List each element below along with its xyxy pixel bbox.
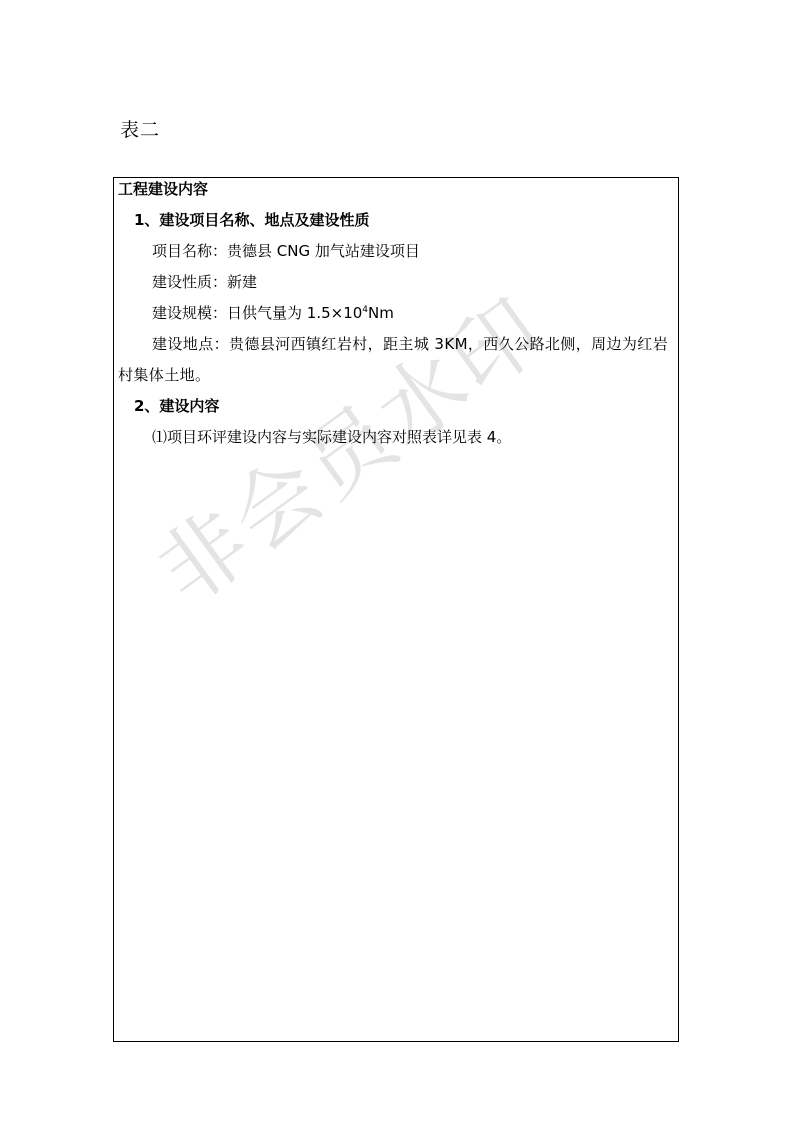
project-name-value: 贵德县 CNG 加气站建设项目 (227, 242, 420, 260)
section-2-title: 2、建设内容 (118, 391, 674, 422)
construction-scale-row: 建设规模：日供气量为 1.5×104Nm (118, 298, 674, 329)
section-2-item-1: ⑴项目环评建设内容与实际建设内容对照表详见表 4。 (118, 422, 674, 453)
construction-location-row: 建设地点：贵德县河西镇红岩村，距主城 3KM，西久公路北侧，周边为红岩村集体土地… (118, 329, 674, 391)
construction-scale-label: 建设规模： (152, 304, 227, 322)
construction-scale-value: 日供气量为 1.5×10 (227, 304, 362, 322)
project-name-row: 项目名称：贵德县 CNG 加气站建设项目 (118, 236, 674, 267)
construction-location-label: 建设地点： (152, 335, 229, 353)
box-heading: 工程建设内容 (118, 174, 674, 205)
table-caption: 表二 (120, 118, 793, 142)
construction-scale-unit: Nm (368, 304, 394, 322)
project-name-label: 项目名称： (152, 242, 227, 260)
content-box: 工程建设内容 1、建设项目名称、地点及建设性质 项目名称：贵德县 CNG 加气站… (113, 177, 679, 1042)
construction-nature-label: 建设性质： (152, 273, 227, 291)
construction-nature-row: 建设性质：新建 (118, 267, 674, 298)
construction-nature-value: 新建 (227, 273, 257, 291)
content-text: 工程建设内容 1、建设项目名称、地点及建设性质 项目名称：贵德县 CNG 加气站… (114, 178, 678, 453)
section-1-title: 1、建设项目名称、地点及建设性质 (118, 205, 674, 236)
